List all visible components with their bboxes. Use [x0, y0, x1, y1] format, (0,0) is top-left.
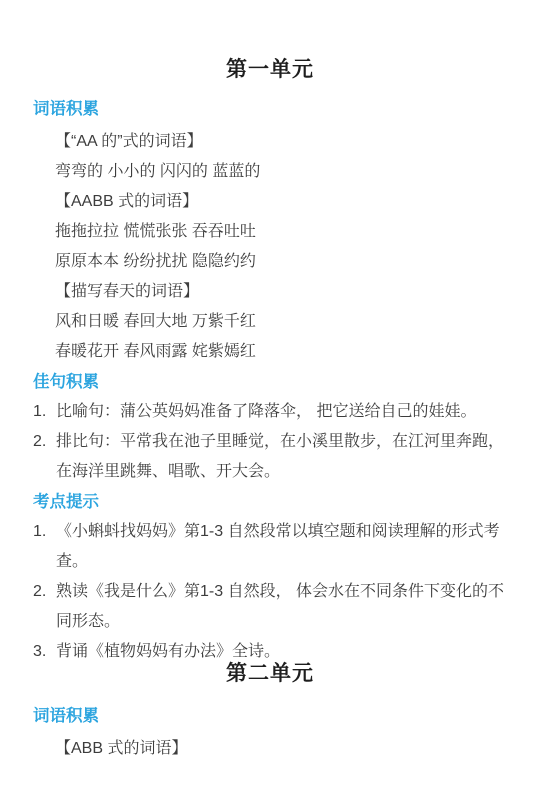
sentence-item-2: 2. 排比句：平常我在池子里睡觉，在小溪里散步，在江河里奔跑，在海洋里跳舞、唱歌…	[33, 427, 507, 487]
list-text: 熟读《我是什么》第1-3 自然段， 体会水在不同条件下变化的不同形态。	[56, 577, 507, 637]
unit1-words-heading: 词语积累	[33, 94, 507, 124]
list-text: 《小蝌蚪找妈妈》第1-3 自然段常以填空题和阅读理解的形式考查。	[56, 517, 507, 577]
list-number: 2.	[33, 427, 56, 457]
unit1-sentence-list: 1. 比喻句：蒲公英妈妈准备了降落伞， 把它送给自己的娃娃。 2. 排比句：平常…	[33, 397, 507, 487]
list-text: 排比句：平常我在池子里睡觉，在小溪里散步，在江河里奔跑，在海洋里跳舞、唱歌、开大…	[56, 427, 507, 487]
unit1-sentences-heading: 佳句积累	[33, 367, 507, 397]
word-line-aabb-words-1: 拖拖拉拉 慌慌张张 吞吞吐吐	[33, 217, 507, 247]
list-text: 比喻句：蒲公英妈妈准备了降落伞， 把它送给自己的娃娃。	[56, 397, 507, 427]
unit1-exam-list: 1. 《小蝌蚪找妈妈》第1-3 自然段常以填空题和阅读理解的形式考查。 2. 熟…	[33, 517, 507, 667]
word-line-spring-words-1: 风和日暖 春回大地 万紫千红	[33, 307, 507, 337]
word-line-abb-pattern: 【ABB 式的词语】	[33, 734, 507, 764]
list-number: 3.	[33, 637, 56, 667]
unit1-title: 第一单元	[33, 55, 507, 85]
list-number: 2.	[33, 577, 56, 607]
unit1-word-list: 【“AA 的”式的词语】 弯弯的 小小的 闪闪的 蓝蓝的 【AABB 式的词语】…	[33, 127, 507, 367]
word-line-spring-pattern: 【描写春天的词语】	[33, 277, 507, 307]
word-line-aa-pattern: 【“AA 的”式的词语】	[33, 127, 507, 157]
unit1-exam-heading: 考点提示	[33, 487, 507, 517]
unit2-word-list: 【ABB 式的词语】	[33, 734, 507, 764]
list-number: 1.	[33, 397, 56, 427]
word-line-aabb-words-2: 原原本本 纷纷扰扰 隐隐约约	[33, 247, 507, 277]
word-line-spring-words-2: 春暖花开 春风雨露 姹紫嫣红	[33, 337, 507, 367]
document-page: 第一单元 词语积累 【“AA 的”式的词语】 弯弯的 小小的 闪闪的 蓝蓝的 【…	[0, 0, 555, 785]
unit2-words-heading: 词语积累	[33, 701, 507, 731]
sentence-item-1: 1. 比喻句：蒲公英妈妈准备了降落伞， 把它送给自己的娃娃。	[33, 397, 507, 427]
exam-item-1: 1. 《小蝌蚪找妈妈》第1-3 自然段常以填空题和阅读理解的形式考查。	[33, 517, 507, 577]
exam-item-2: 2. 熟读《我是什么》第1-3 自然段， 体会水在不同条件下变化的不同形态。	[33, 577, 507, 637]
word-line-aabb-pattern: 【AABB 式的词语】	[33, 187, 507, 217]
list-number: 1.	[33, 517, 56, 547]
word-line-aa-words: 弯弯的 小小的 闪闪的 蓝蓝的	[33, 157, 507, 187]
